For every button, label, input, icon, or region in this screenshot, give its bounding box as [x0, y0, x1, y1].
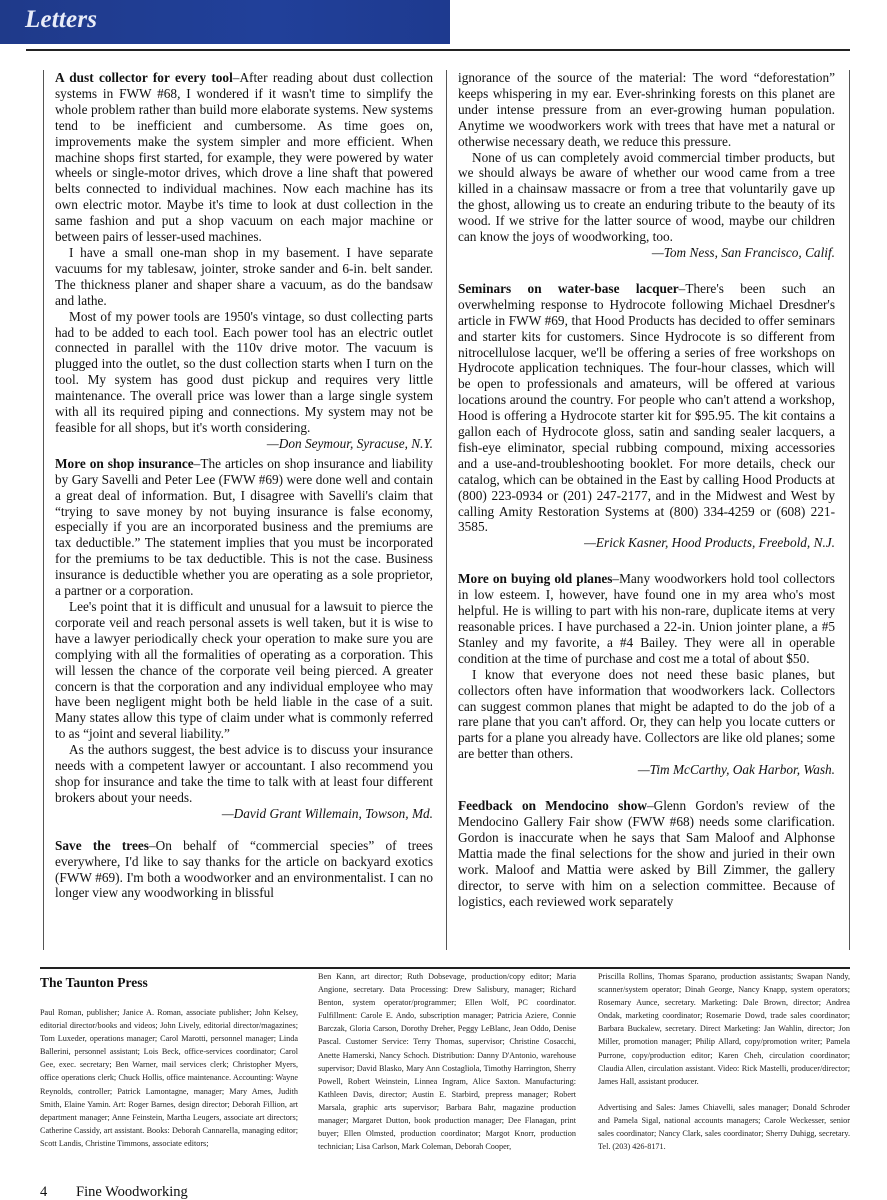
letter-signature: —Don Seymour, Syracuse, N.Y. [253, 436, 433, 452]
letter-paragraph: ignorance of the source of the material:… [458, 70, 835, 150]
masthead-column-3: Priscilla Rollins, Thomas Sparano, produ… [598, 970, 850, 1153]
section-banner: Letters [0, 0, 450, 44]
letter-signature: —David Grant Willemain, Towson, Md. [55, 806, 433, 822]
letter-water-base-lacquer: Seminars on water-base lacquer–There's b… [458, 281, 835, 551]
masthead-title: The Taunton Press [40, 975, 148, 991]
letter-paragraph: Most of my power tools are 1950's vintag… [55, 309, 433, 435]
letter-paragraph: None of us can completely avoid commerci… [458, 150, 835, 245]
letter-paragraph: The articles on shop insurance and liabi… [55, 456, 433, 598]
masthead-column-1: Paul Roman, publisher; Janice A. Roman, … [40, 1006, 298, 1150]
letter-old-planes: More on buying old planes–Many woodworke… [458, 571, 835, 778]
letter-mendocino-show: Feedback on Mendocino show–Glenn Gordon'… [458, 798, 835, 909]
letter-paragraph: There's been such an overwhelming respon… [458, 281, 835, 535]
letter-headline: Seminars on water-base lacquer [458, 281, 679, 296]
letter-signature: —Tim McCarthy, Oak Harbor, Wash. [458, 762, 835, 778]
masthead-rule [40, 967, 850, 969]
publication-name: Fine Woodworking [76, 1184, 188, 1200]
letter-paragraph: I have a small one-man shop in my baseme… [55, 245, 433, 309]
header-rule [26, 49, 850, 51]
left-column-rule-left [43, 70, 44, 950]
letter-paragraph: Glenn Gordon's review of the Mendocino G… [458, 798, 835, 908]
letter-paragraph: As the authors suggest, the best advice … [55, 742, 433, 806]
letter-headline: Feedback on Mendocino show [458, 798, 647, 813]
letters-column-right: ignorance of the source of the material:… [458, 70, 835, 925]
letter-save-trees-continued: ignorance of the source of the material:… [458, 70, 835, 261]
letter-headline: More on shop insurance [55, 456, 194, 471]
right-column-rule-right [849, 70, 850, 950]
letter-headline: Save the trees [55, 838, 149, 853]
masthead-staff-list: Priscilla Rollins, Thomas Sparano, produ… [598, 970, 850, 1088]
letter-paragraph: After reading about dust collection syst… [55, 70, 433, 244]
letter-shop-insurance: More on shop insurance–The articles on s… [55, 456, 433, 822]
letter-save-trees: Save the trees–On behalf of “commercial … [55, 838, 433, 902]
letter-paragraph: I know that everyone does not need these… [458, 667, 835, 762]
section-title: Letters [25, 6, 97, 34]
letter-headline: More on buying old planes [458, 571, 612, 586]
letters-column-left: A dust collector for every tool–After re… [55, 70, 433, 917]
letter-paragraph: Lee's point that it is difficult and unu… [55, 599, 433, 742]
masthead-column-2: Ben Kann, art director; Ruth Dobsevage, … [318, 970, 576, 1153]
letter-signature: —Erick Kasner, Hood Products, Freebold, … [458, 535, 835, 551]
letter-signature: —Tom Ness, San Francisco, Calif. [458, 245, 835, 261]
page-number: 4 [40, 1184, 47, 1200]
letter-dust-collector: A dust collector for every tool–After re… [55, 70, 433, 436]
column-divider-rule [446, 70, 447, 950]
masthead-advertising: Advertising and Sales: James Chiavelli, … [598, 1101, 850, 1153]
letter-headline: A dust collector for every tool [55, 70, 233, 85]
